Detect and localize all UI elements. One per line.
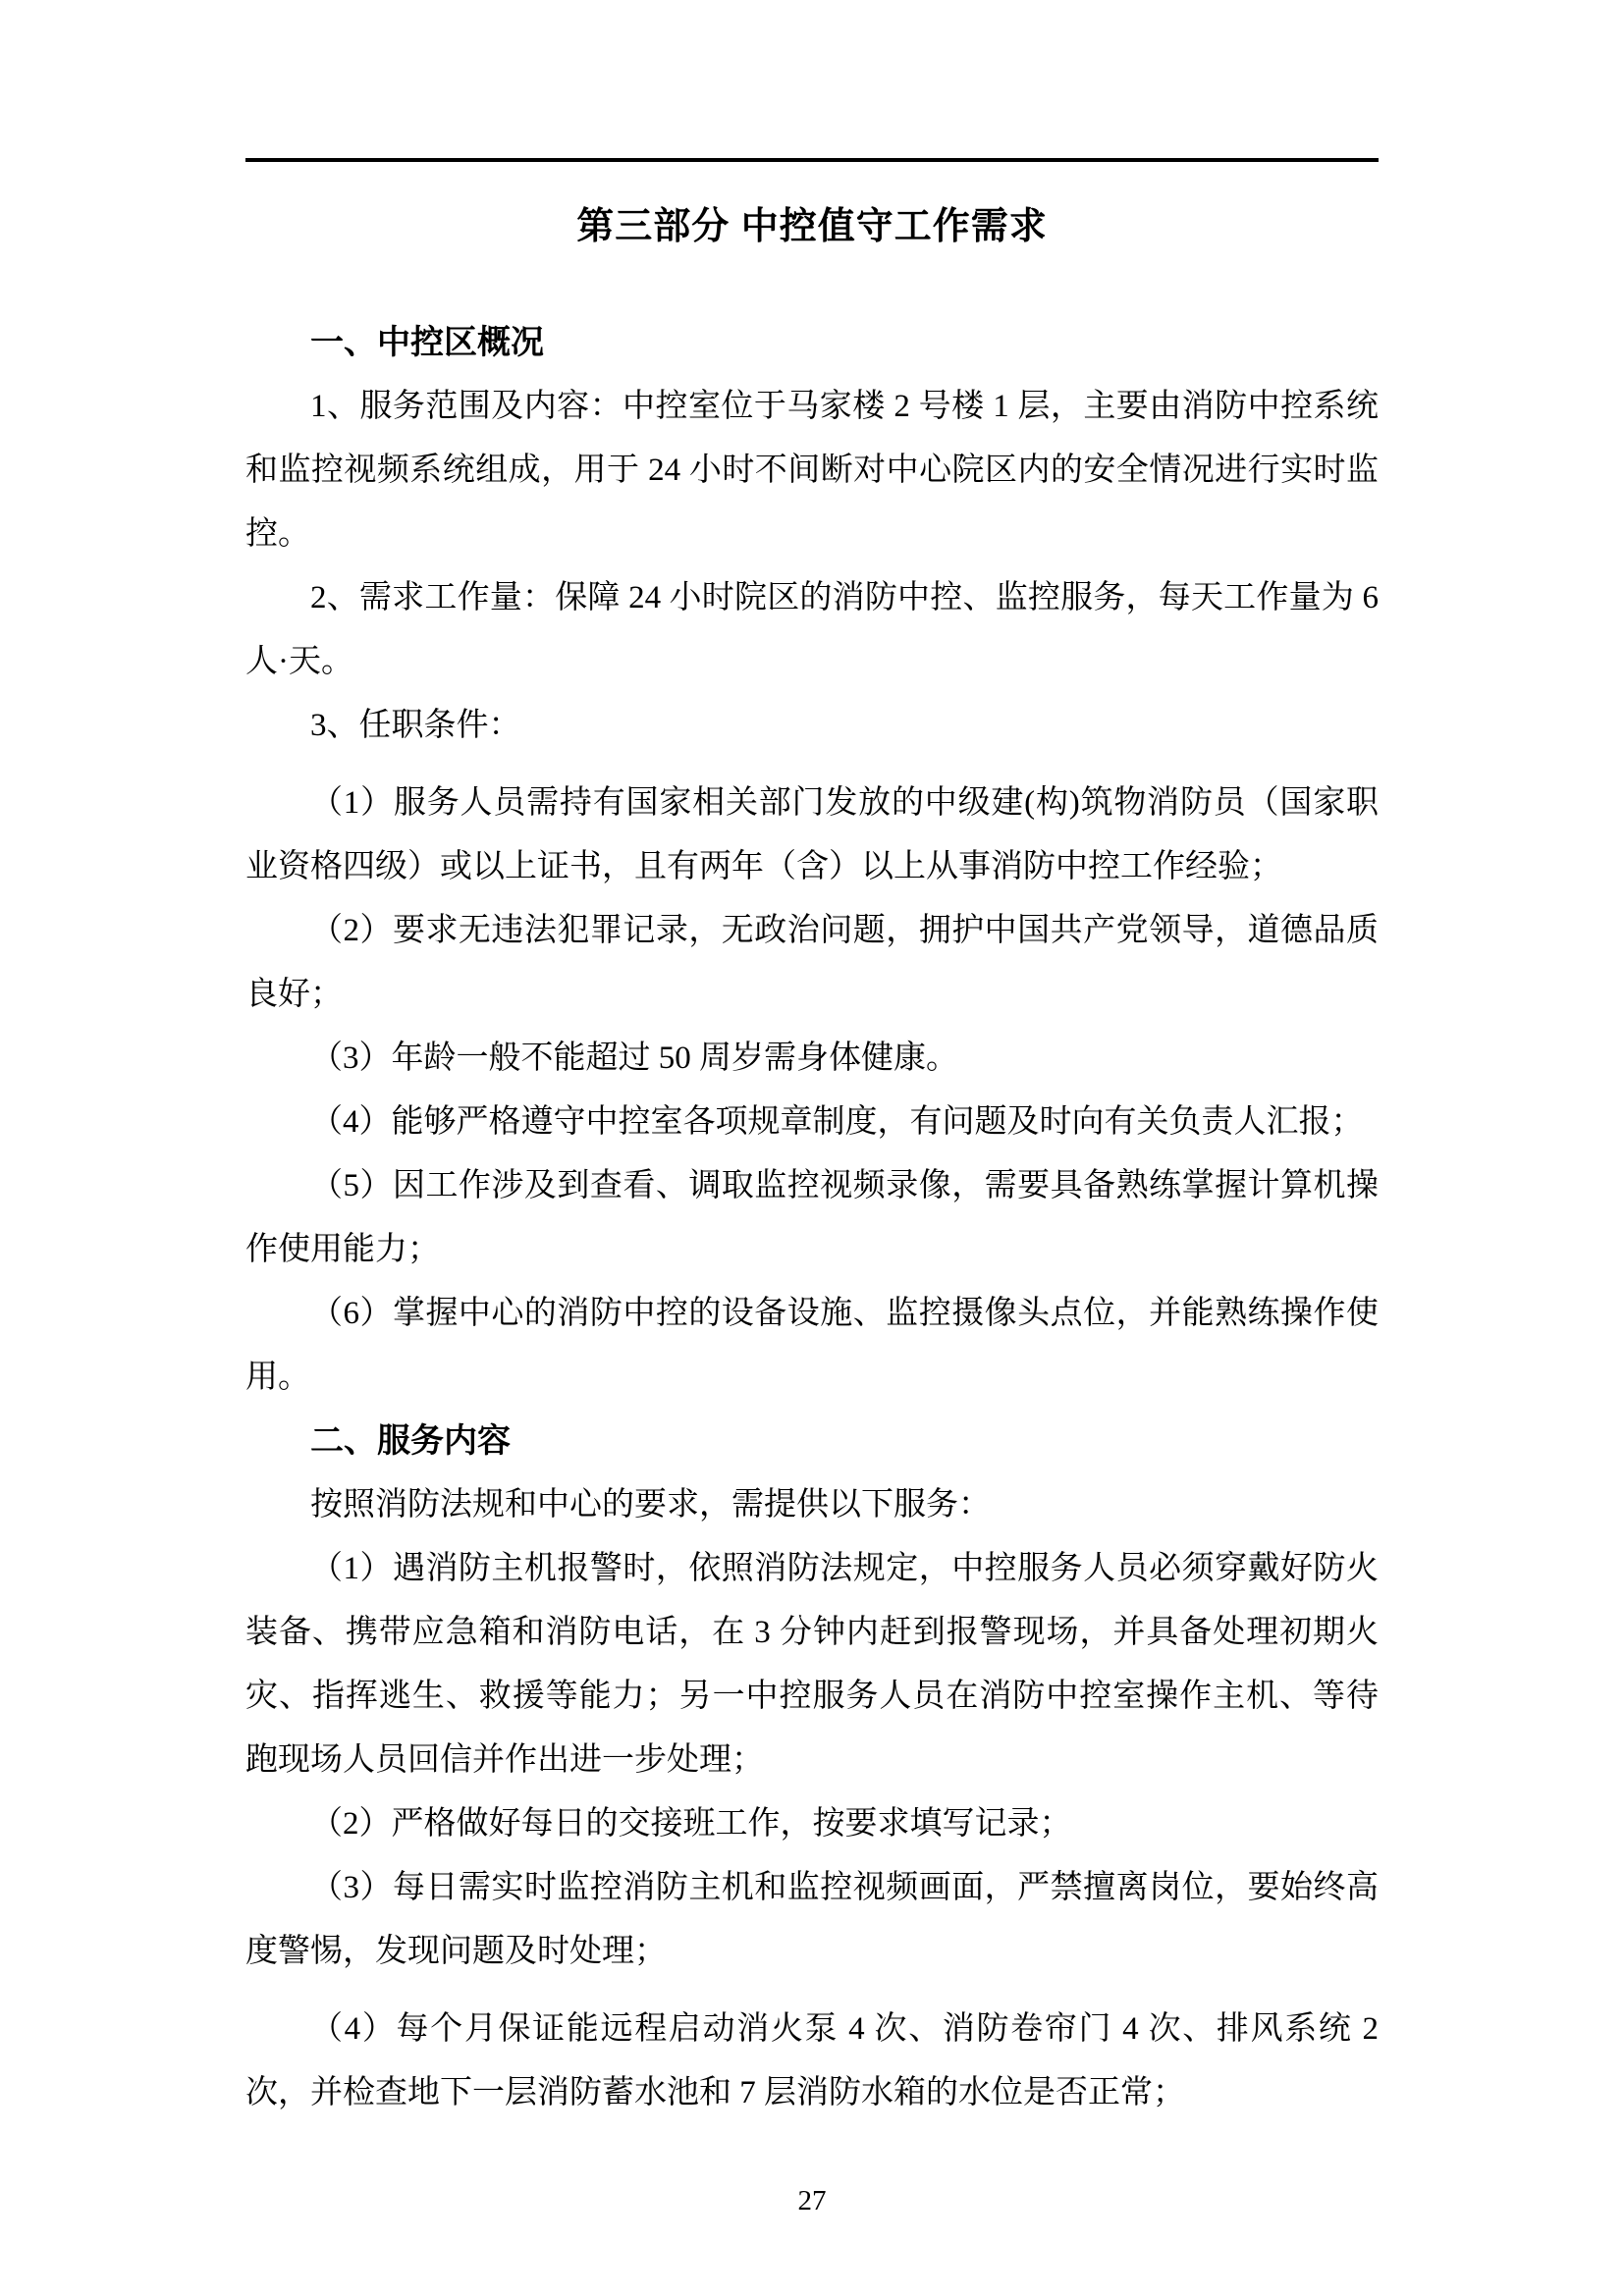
- section-1-paragraph-3: 3、任职条件：: [245, 694, 1379, 758]
- section-2-paragraph-1: 按照消防法规和中心的要求，需提供以下服务：: [245, 1473, 1379, 1537]
- section-1-heading: 一、中控区概况: [245, 311, 1379, 375]
- section-2-paragraph-4: （3）每日需实时监控消防主机和监控视频画面，严禁擅离岗位，要始终高度警惕，发现问…: [245, 1856, 1379, 1984]
- header-divider-rule: [245, 158, 1379, 162]
- section-1-paragraph-8: （5）因工作涉及到查看、调取监控视频录像，需要具备熟练掌握计算机操作使用能力；: [245, 1154, 1379, 1282]
- section-1-paragraph-1: 1、服务范围及内容：中控室位于马家楼 2 号楼 1 层，主要由消防中控系统和监控…: [245, 375, 1379, 566]
- section-1-paragraph-6: （3）年龄一般不能超过 50 周岁需身体健康。: [245, 1027, 1379, 1091]
- section-1-paragraph-9: （6）掌握中心的消防中控的设备设施、监控摄像头点位，并能熟练操作使用。: [245, 1282, 1379, 1410]
- page-number: 27: [0, 2183, 1624, 2218]
- section-1-paragraph-2: 2、需求工作量：保障 24 小时院区的消防中控、监控服务，每天工作量为 6 人·…: [245, 566, 1379, 694]
- section-1-paragraph-7: （4）能够严格遵守中控室各项规章制度，有问题及时向有关负责人汇报；: [245, 1091, 1379, 1154]
- page-content: 第三部分 中控值守工作需求 一、中控区概况 1、服务范围及内容：中控室位于马家楼…: [0, 158, 1624, 2125]
- section-2-paragraph-5: （4）每个月保证能远程启动消火泵 4 次、消防卷帘门 4 次、排风系统 2 次，…: [245, 1998, 1379, 2125]
- document-title: 第三部分 中控值守工作需求: [245, 194, 1379, 259]
- section-2-heading: 二、服务内容: [245, 1410, 1379, 1473]
- document-page: 第三部分 中控值守工作需求 一、中控区概况 1、服务范围及内容：中控室位于马家楼…: [0, 0, 1624, 2296]
- section-1-paragraph-4: （1）服务人员需持有国家相关部门发放的中级建(构)筑物消防员（国家职业资格四级）…: [245, 772, 1379, 899]
- section-2-paragraph-2: （1）遇消防主机报警时，依照消防法规定，中控服务人员必须穿戴好防火装备、携带应急…: [245, 1537, 1379, 1792]
- section-2-paragraph-3: （2）严格做好每日的交接班工作，按要求填写记录；: [245, 1792, 1379, 1856]
- section-1-paragraph-5: （2）要求无违法犯罪记录，无政治问题，拥护中国共产党领导，道德品质良好；: [245, 899, 1379, 1027]
